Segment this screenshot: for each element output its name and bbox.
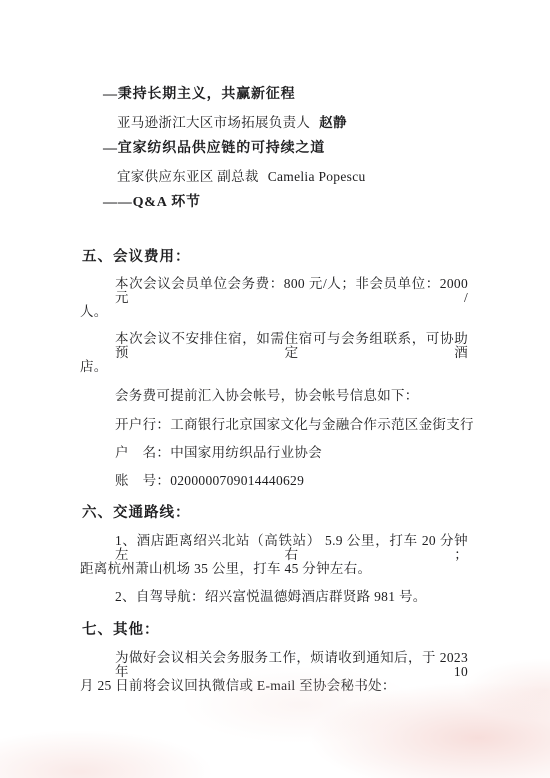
agenda-speaker-amazon: 亚马逊浙江大区市场拓展负责人赵静: [117, 116, 347, 130]
speaker-name: 赵静: [319, 115, 347, 130]
agenda-speaker-ikea: 宜家供应东亚区 副总裁Camelia Popescu: [117, 170, 366, 184]
remittance-note-line: 会务费可提前汇入协会帐号，协会帐号信息如下：: [115, 389, 419, 403]
scanned-document-page: —秉持长期主义，共赢新征程 亚马逊浙江大区市场拓展负责人赵静 —宜家纺织品供应链…: [0, 0, 550, 778]
speaker-name: Camelia Popescu: [268, 169, 366, 184]
account-number-line: 账 号：0200000709014440629: [115, 474, 304, 488]
route-train-line-1: 1、酒店距离绍兴北站（高铁站） 5.9 公里，打车 20 分钟左右；: [115, 534, 468, 561]
section-5-heading: 五、会议费用：: [82, 250, 191, 265]
fee-paragraph-line-2: 人。: [80, 305, 108, 319]
agenda-topic-amazon: —秉持长期主义，共赢新征程: [103, 88, 295, 102]
bank-branch-line: 开户行：工商银行北京国家文化与金融合作示范区金街支行: [115, 418, 474, 432]
agenda-qa-line: ——Q&A 环节: [103, 196, 201, 210]
section-6-heading: 六、交通路线：: [82, 506, 191, 521]
route-drive-line: 2、自驾导航：绍兴富悦温德姆酒店群贤路 981 号。: [115, 590, 427, 604]
lodging-paragraph-line-1: 本次会议不安排住宿，如需住宿可与会务组联系，可协助预定酒: [115, 332, 468, 359]
speaker-role: 亚马逊浙江大区市场拓展负责人: [117, 115, 310, 130]
route-train-line-2: 距离杭州萧山机场 35 公里，打车 45 分钟左右。: [80, 562, 371, 576]
speaker-role: 宜家供应东亚区 副总裁: [117, 169, 259, 184]
fee-paragraph-line-1: 本次会议会员单位会务费：800 元/人；非会员单位：2000 元/: [115, 277, 468, 304]
other-note-line-1: 为做好会议相关会务服务工作，烦请收到通知后，于 2023 年 10: [115, 651, 468, 678]
lodging-paragraph-line-2: 店。: [80, 360, 108, 374]
account-name-line: 户 名：中国家用纺织品行业协会: [115, 446, 322, 460]
section-7-heading: 七、其他：: [82, 623, 160, 638]
agenda-topic-ikea: —宜家纺织品供应链的可持续之道: [103, 142, 325, 156]
other-note-line-2: 月 25 日前将会议回执微信或 E-mail 至协会秘书处：: [80, 679, 396, 693]
